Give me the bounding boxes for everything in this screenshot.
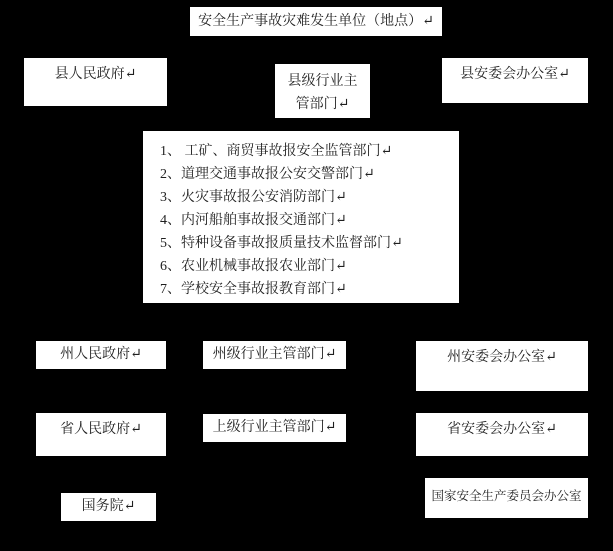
node-county-industry-dept: 县级行业主 管部门↵ bbox=[275, 64, 370, 118]
report-list-item: 6、农业机械事故报农业部门↵ bbox=[160, 255, 459, 278]
node-county-industry-dept-line1: 县级行业主 bbox=[275, 70, 370, 93]
node-county-government: 县人民政府↵ bbox=[24, 58, 167, 106]
report-list-item: 4、内河船舶事故报交通部门↵ bbox=[160, 209, 459, 232]
node-county-safety-office: 县安委会办公室↵ bbox=[442, 58, 588, 103]
node-state-council: 国务院↵ bbox=[61, 493, 156, 521]
report-list-item: 1、 工矿、商贸事故报安全监管部门↵ bbox=[160, 140, 459, 163]
report-list-item: 7、学校安全事故报教育部门↵ bbox=[160, 278, 459, 301]
org-diagram: 安全生产事故灾难发生单位（地点）↵ 县人民政府↵ 县级行业主 管部门↵ 县安委会… bbox=[0, 0, 613, 551]
node-county-industry-dept-line2: 管部门↵ bbox=[275, 93, 370, 116]
node-province-government: 省人民政府↵ bbox=[36, 413, 166, 456]
report-list-item: 5、特种设备事故报质量技术监督部门↵ bbox=[160, 232, 459, 255]
node-prefecture-government: 州人民政府↵ bbox=[36, 341, 166, 369]
node-province-safety-office: 省安委会办公室↵ bbox=[416, 413, 588, 456]
report-list-item: 2、道理交通事故报公安交警部门↵ bbox=[160, 163, 459, 186]
node-prefecture-industry-dept: 州级行业主管部门↵ bbox=[203, 341, 346, 369]
node-national-safety-committee-office: 国家安全生产委员会办公室 bbox=[425, 478, 588, 518]
node-incident-unit: 安全生产事故灾难发生单位（地点）↵ bbox=[190, 7, 442, 36]
node-superior-industry-dept: 上级行业主管部门↵ bbox=[203, 414, 346, 442]
report-departments-list: 1、 工矿、商贸事故报安全监管部门↵ 2、道理交通事故报公安交警部门↵ 3、火灾… bbox=[143, 131, 459, 303]
report-list-item: 3、火灾事故报公安消防部门↵ bbox=[160, 186, 459, 209]
node-prefecture-safety-office: 州安委会办公室↵ bbox=[416, 341, 588, 391]
